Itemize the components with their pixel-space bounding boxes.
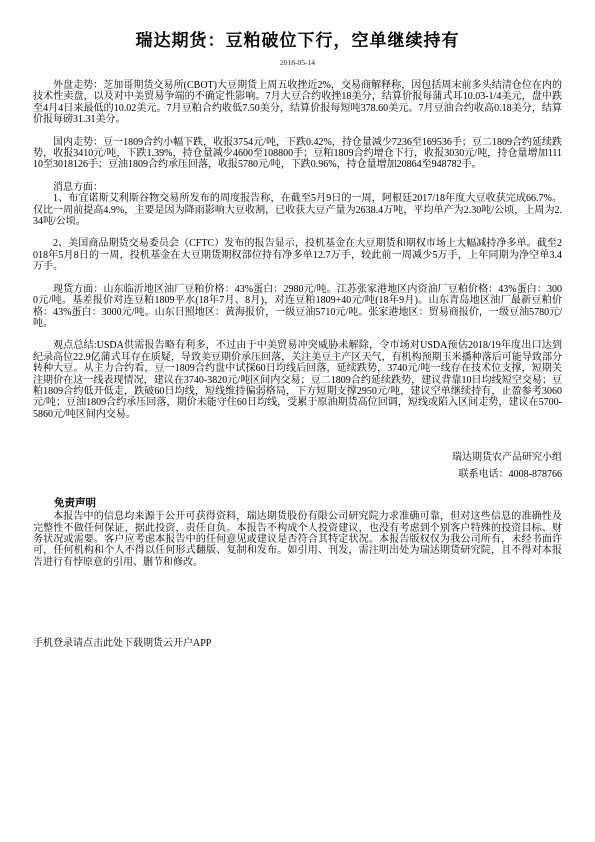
signature-block: 瑞达期货农产品研究小组 联系电话：4008-878766 <box>33 450 562 483</box>
disclaimer-heading: 免责声明 <box>33 498 562 510</box>
summary-paragraph: 观点总结:USDA供需报告略有利多，不过由于中美贸易冲突威胁未解除，令市场对US… <box>33 340 562 420</box>
research-team-signature: 瑞达期货农产品研究小组 <box>33 450 562 467</box>
spot-market-paragraph: 现货方面：山东临沂地区油厂豆粕价格：43%蛋白：2980元/吨。江苏张家港地区内… <box>33 284 562 330</box>
report-date: 2018-05-14 <box>33 58 562 67</box>
news-item-1: 1、布宜诺斯艾利斯谷物交易所发布的周度报告称，在截至5月9日的一周，阿根廷201… <box>33 193 562 227</box>
app-download-link[interactable]: 手机登录请点击此处下载期货云开户APP <box>33 638 211 650</box>
disclaimer-body: 本报告中的信息均来源于公开可获得资料，瑞达期货股份有限公司研究院力求准确可靠，但… <box>33 511 562 568</box>
news-item-2: 2、美国商品期货交易委员会（CFTC）发布的报告显示，投机基金在大豆期货和期权市… <box>33 238 562 272</box>
report-page: 瑞达期货：豆粕破位下行，空单继续持有 2018-05-14 外盘走势：芝加哥期货… <box>0 0 595 842</box>
page-title: 瑞达期货：豆粕破位下行，空单继续持有 <box>33 26 562 51</box>
news-section-heading: 消息方面： <box>33 182 562 193</box>
external-market-paragraph: 外盘走势：芝加哥期货交易所(CBOT)大豆期货上周五收挫近2%，交易商解释称，因… <box>33 80 562 126</box>
contact-phone: 联系电话：4008-878766 <box>33 467 562 484</box>
domestic-market-paragraph: 国内走势：豆一1809合约小幅下跌，收报3754元/吨，下跌0.42%，持仓量减… <box>33 137 562 171</box>
